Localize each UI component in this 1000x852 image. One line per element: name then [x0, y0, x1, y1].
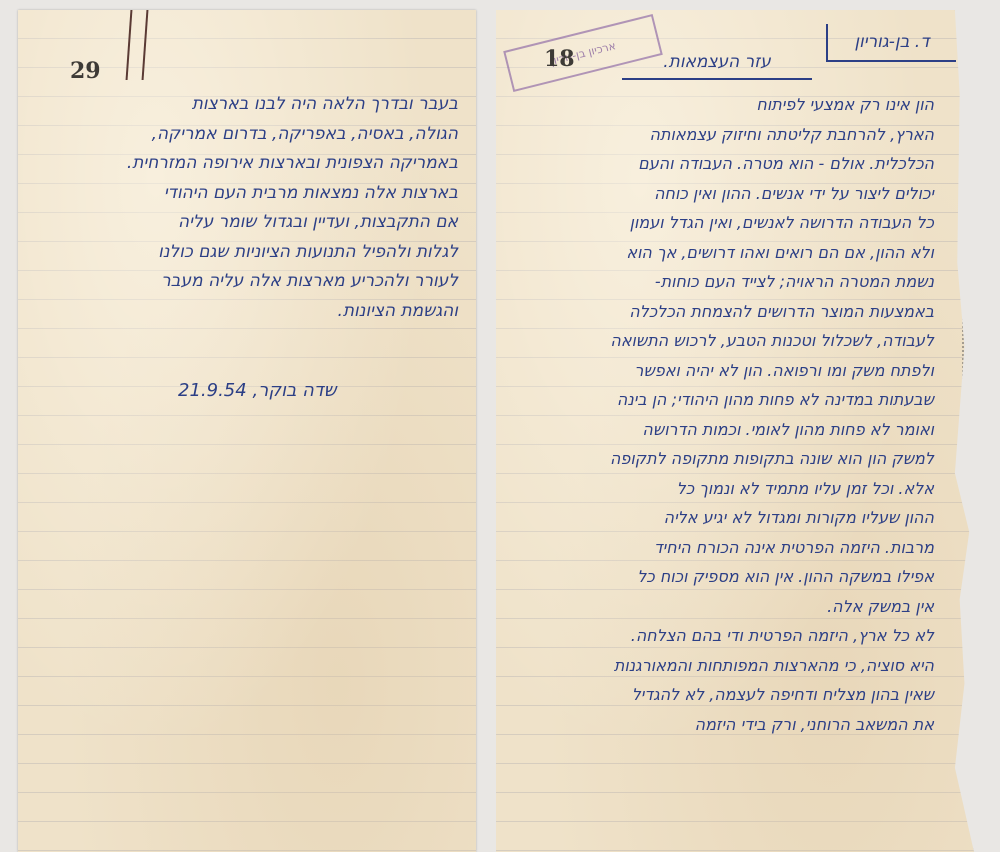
text-line: ולפתח משק ומו ורפואה. הון לא יהיה ואפשר — [610, 356, 934, 386]
text-line: הארץ, להרחבת קליטתה וחיזוק עצמאותה — [610, 120, 934, 150]
text-line: שאין בהון מצליח ודחיפה לעצמה, לא להגדיל — [610, 680, 934, 710]
text-line: לא כל ארץ, היזמה הפרטית ודי בהם הצלחה. — [610, 621, 934, 651]
text-line: כל העבודה הדרושה לאנשים, ואין הגדל ועמון — [610, 208, 934, 238]
text-line: הכלכלית. אולם - הוא מטרה. העבודה והעם — [610, 149, 934, 179]
handwritten-text-block: הון אינו רק אמצעי לפיתוח הארץ, להרחבת קל… — [610, 90, 934, 739]
left-page: 29 בעבר ובדרך הלאה היה לבנו בארצות הגולה… — [18, 10, 476, 852]
text-line: בעבר ובדרך הלאה היה לבנו בארצות — [127, 90, 458, 120]
text-line: יכולים ליצור על ידי אנשים. ההון ואין כוח… — [610, 179, 934, 209]
text-line: ולא ההון, אם הם רואים ואהו דרושים, אך הו… — [610, 238, 934, 268]
text-line: באמצעות המוצר הדרושים להצמחת הכלכלה — [610, 297, 934, 327]
handwritten-text-block: בעבר ובדרך הלאה היה לבנו בארצות הגולה, ב… — [127, 90, 458, 326]
text-line: לעבודה, לשכלול וטכנות הטבע, לרכוש התשואה — [610, 326, 934, 356]
text-line: הגולה, באסיה, באפריקה, בדרום אמריקה, — [127, 120, 458, 150]
text-line: שבעתות במדינה לא פחות מהון היהודי; הן בי… — [610, 385, 934, 415]
text-line: לעורר ולהכריע מארצות אלה עליה מעבר — [127, 267, 458, 297]
text-line: מרבות. היזמה הפרטית אינה הכורח היחיד — [610, 533, 934, 563]
text-line: והגשמת הציונות. — [127, 297, 458, 327]
text-line: הון אינו רק אמצעי לפיתוח — [610, 90, 934, 120]
right-page: ארכיון בן-גוריון 18 עזר העצמאות. ד. בן-ג… — [496, 10, 974, 852]
perforation-edge — [962, 70, 964, 500]
author-name: ד. בן-גוריון — [826, 24, 956, 62]
text-line: נשמת המטרה הראויה; לצייד העם כוחות- — [610, 267, 934, 297]
page-number: 29 — [70, 58, 101, 84]
text-line: אלא. וכל זמן עליו מתמיד לא ונמוך כל — [610, 474, 934, 504]
text-line: בארצות אלה נמצאות מרבית העם היהודי — [127, 179, 458, 209]
text-line: אם התקבצות, ועדיין ובגדול שומר עליה — [127, 208, 458, 238]
text-line: את המשאב הרוחני, ורק בידי היזמה — [610, 710, 934, 740]
text-line: לגלות ולהפיל התנועות הציוניות שגם כולנו — [127, 238, 458, 268]
page-number: 18 — [544, 46, 575, 72]
text-line: ואומר לא פחות מהון לאומי. וכמות הדרושה — [610, 415, 934, 445]
text-line: אפילו במשקה ההון. אין הוא מספיק וכוח כל — [610, 562, 934, 592]
text-line: היא סוציה, כי מהארצות המפותחות והמאורגנו… — [610, 651, 934, 681]
document-title: עזר העצמאות. — [622, 52, 812, 80]
text-line: באמריקה הצפונית ובארצות אירופה המזרחית. — [127, 149, 458, 179]
text-line: ההון שעליו מקורות ומגדול לא יגיע אליה — [610, 503, 934, 533]
text-line: למשק הון הוא שונה בתקופות מתקופה לתקופה — [610, 444, 934, 474]
margin-marks — [126, 10, 149, 80]
place-date-signature: שדה בוקר, 21.9.54 — [178, 380, 336, 401]
text-line: אין במשק אלה. — [610, 592, 934, 622]
